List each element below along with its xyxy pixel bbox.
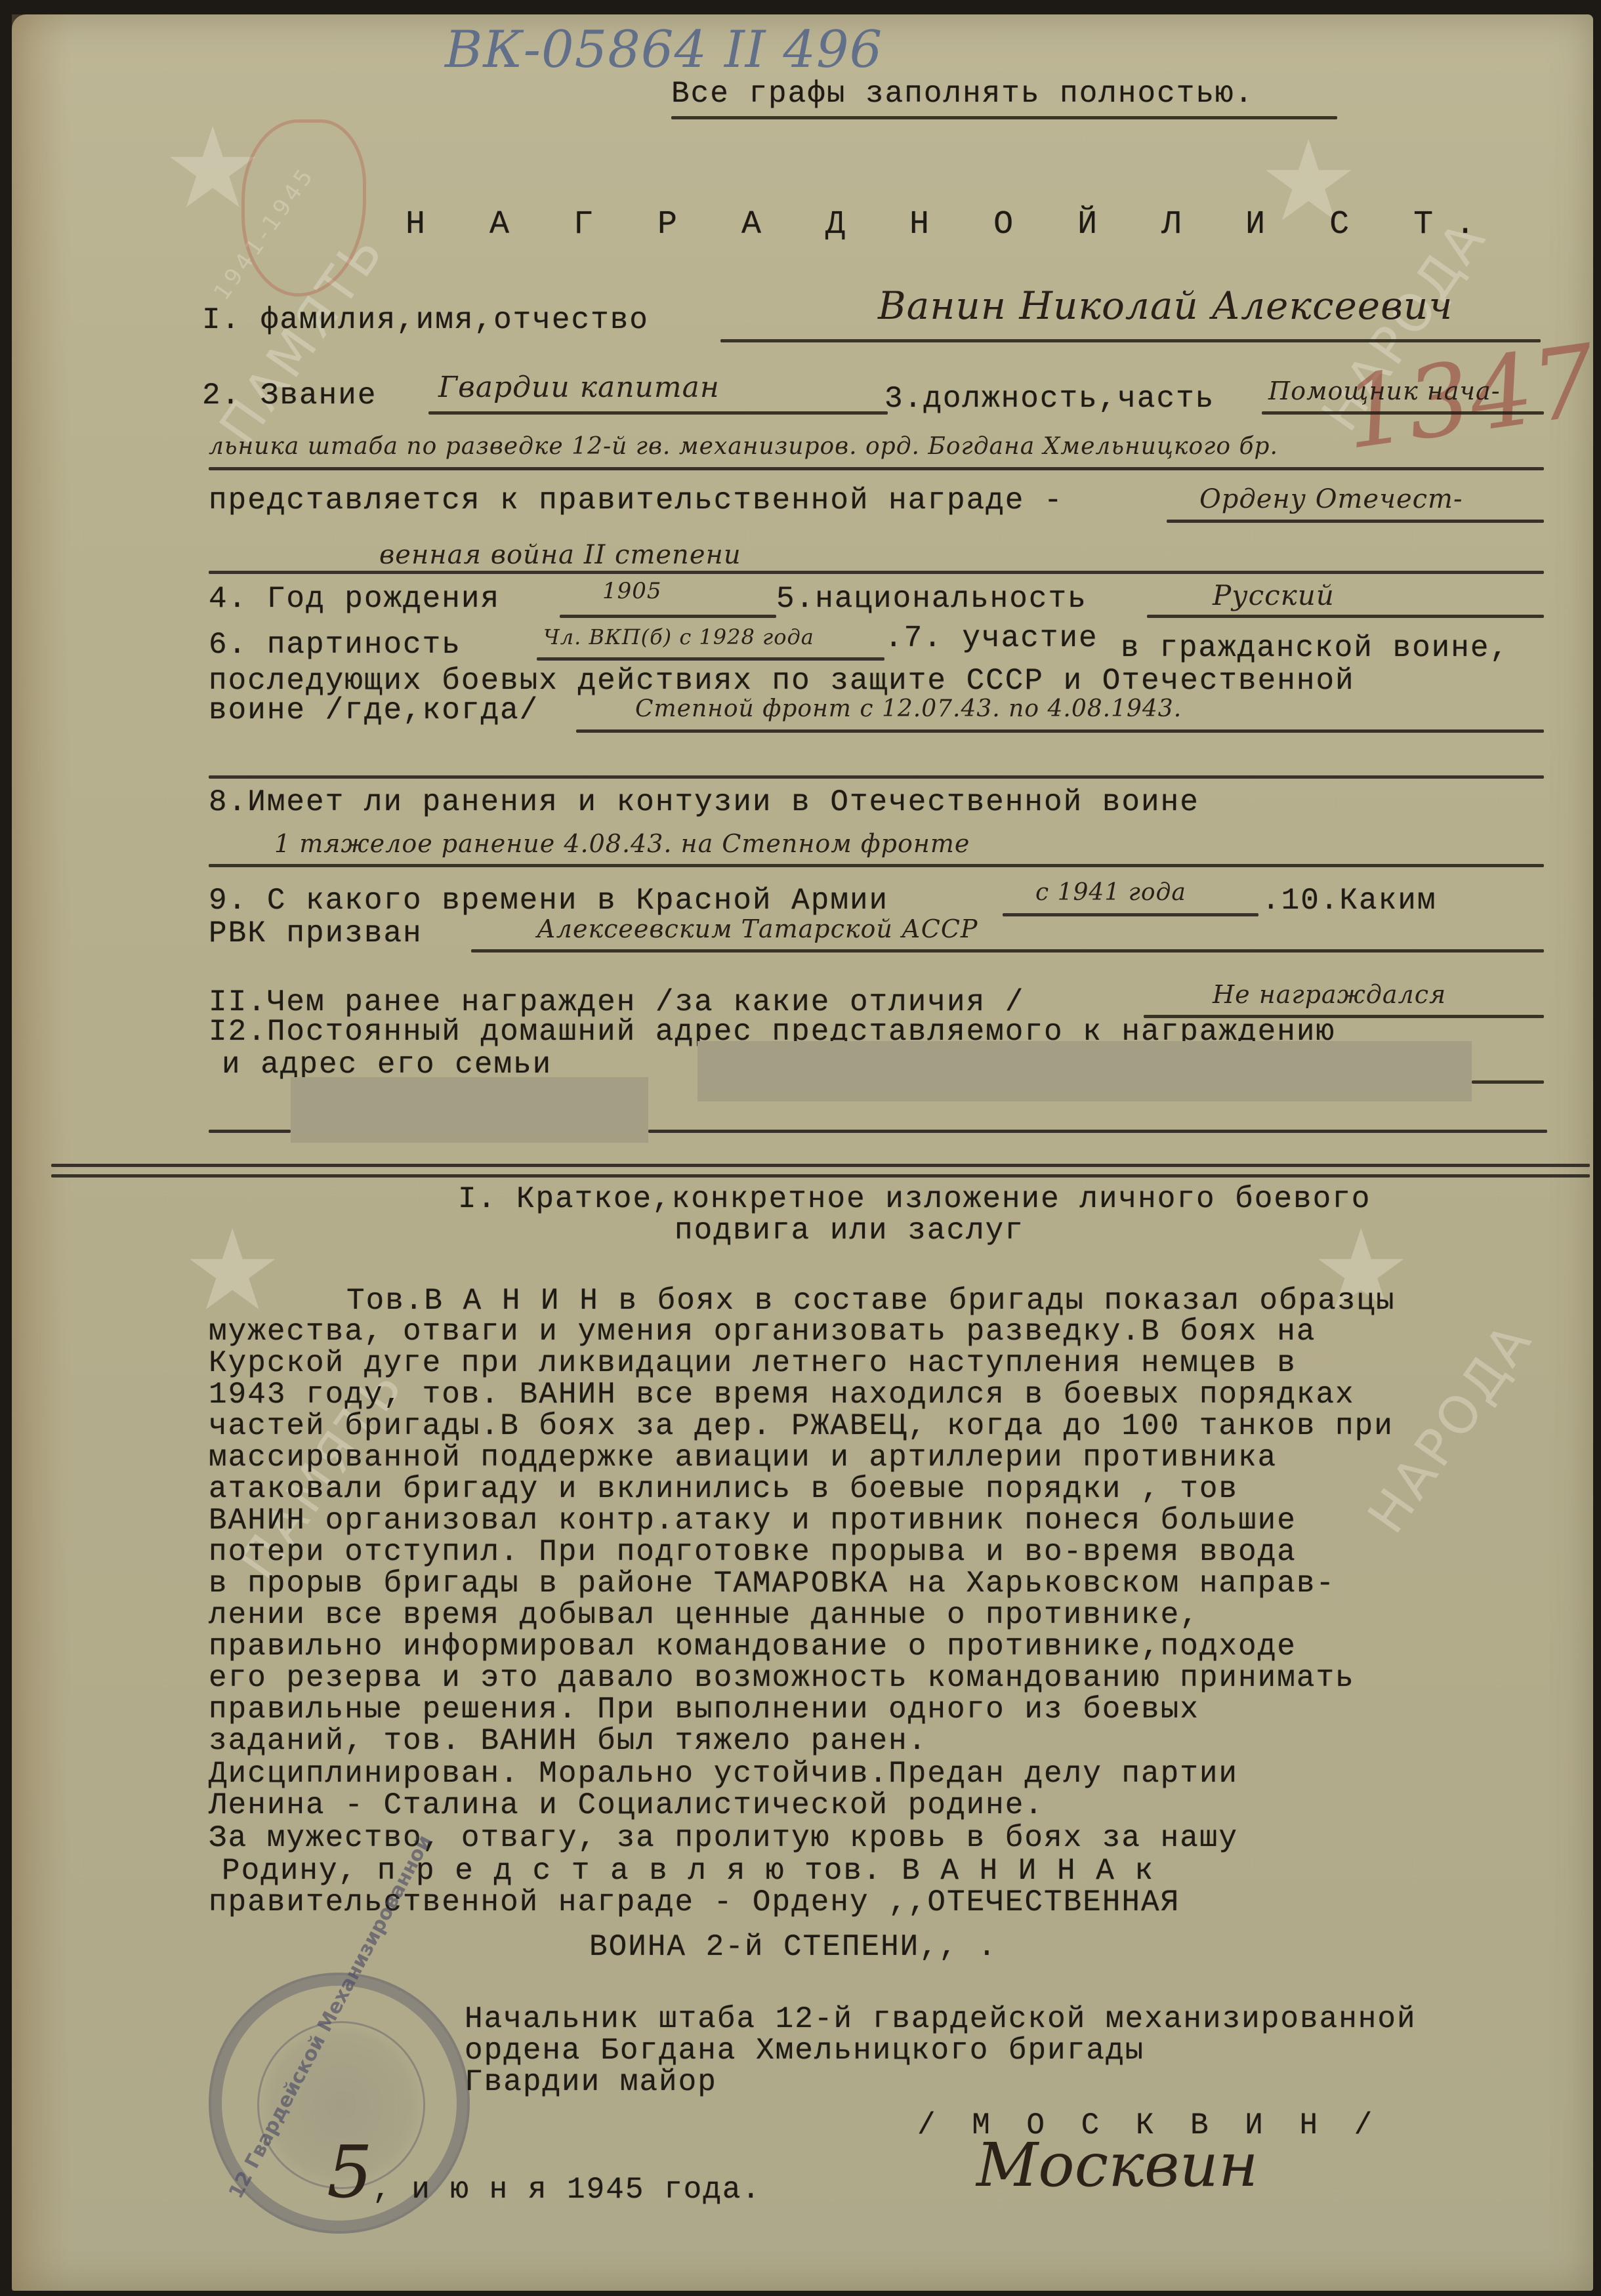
field-1-label: I. фамилия,имя,отчество bbox=[202, 303, 649, 337]
narrative-line: 1943 году, тов. ВАНИН все время находилс… bbox=[209, 1378, 1355, 1412]
narrative-heading: I. Краткое,конкретное изложение личного … bbox=[458, 1182, 1371, 1216]
narrative-line: правительственной награде - Ордену ,,ОТЕ… bbox=[209, 1885, 1180, 1919]
underline bbox=[209, 864, 1544, 867]
field-5-value: Русский bbox=[1213, 580, 1335, 611]
narrative-line: правильно информировал командование о пр… bbox=[209, 1630, 1297, 1664]
underline bbox=[671, 116, 1337, 119]
underline bbox=[720, 339, 1541, 342]
narrative-line: в прорыв бригады в районе ТАМАРОВКА на Х… bbox=[209, 1567, 1335, 1601]
document-title: Н А Г Р А Д Н О Й Л И С Т. bbox=[405, 208, 1497, 242]
narrative-heading-line2: подвига или заслуг bbox=[675, 1214, 1024, 1248]
underline bbox=[209, 571, 1544, 574]
field-7-label: .7. участие bbox=[884, 621, 1098, 655]
field-3-value-line2: льника штаба по разведке 12-й гв. механи… bbox=[209, 431, 1278, 462]
narrative-line: частей бригады.В боях за дер. РЖАВЕЦ, ко… bbox=[209, 1409, 1394, 1443]
award-value-line2: венная война II степени bbox=[379, 539, 741, 571]
narrative-line: ВОИНА 2-й СТЕПЕНИ,, . bbox=[589, 1930, 997, 1964]
underline bbox=[471, 949, 1544, 953]
date: , и ю н я 1945 года. bbox=[373, 2173, 761, 2207]
field-3-label: 3.должность,часть bbox=[884, 382, 1215, 416]
narrative-line: мужества, отваги и умения организовать р… bbox=[209, 1315, 1316, 1349]
section-divider bbox=[51, 1174, 1590, 1178]
signer-rank: Гвардии майор bbox=[465, 2065, 717, 2099]
field-3-value-line1: Помощник нача- bbox=[1268, 375, 1501, 407]
narrative-line: атаковали бригаду и вклинились в боевые … bbox=[209, 1472, 1238, 1506]
handwritten-signature: Москвин bbox=[976, 2130, 1258, 2200]
field-9-value: с 1941 года bbox=[1035, 877, 1186, 909]
underline bbox=[1147, 615, 1544, 618]
field-7-value: Степной фронт с 12.07.43. по 4.08.1943. bbox=[635, 693, 1182, 725]
underline bbox=[537, 657, 884, 661]
underline bbox=[428, 411, 888, 415]
field-10-label: .10.Каким bbox=[1262, 884, 1436, 918]
date-day: 5 bbox=[327, 2130, 373, 2214]
archive-number: ВК-05864 II 496 bbox=[445, 34, 883, 66]
award-sheet-page: ★ ПАМЯТЬ 1941-1945 ★ НАРОДА ★ ПАМЯТЬ ★ Н… bbox=[12, 14, 1593, 2291]
signer-title: Начальник штаба 12-й гвардейской механиз… bbox=[465, 2002, 1417, 2036]
narrative-line: правильные решения. При выполнении одног… bbox=[209, 1692, 1199, 1727]
section-divider bbox=[51, 1164, 1590, 1167]
redacted-address bbox=[291, 1077, 648, 1143]
narrative-line: Курской дуге при ликвидации летнего наст… bbox=[209, 1346, 1297, 1380]
field-4-label: 4. Год рождения bbox=[209, 582, 500, 616]
award-label: представляется к правительственной награ… bbox=[209, 483, 1064, 518]
field-2-value: Гвардии капитан bbox=[438, 372, 720, 403]
narrative-line: Тов.В А Н И Н в боях в составе бригады п… bbox=[346, 1284, 1396, 1318]
narrative-line: массированной поддержке авиации и артилл… bbox=[209, 1441, 1277, 1475]
signer-title-line2: ордена Богдана Хмельницкого бригады bbox=[465, 2034, 1144, 2068]
fill-instruction: Все графы заполнять полностью. bbox=[671, 77, 1254, 111]
underline bbox=[209, 1130, 291, 1133]
narrative-line: его резерва и это давало возможность ком… bbox=[209, 1661, 1355, 1695]
narrative-line: лении все время добывал ценные данные о … bbox=[209, 1598, 1199, 1632]
field-6-label: 6. партиность bbox=[209, 628, 461, 662]
underline bbox=[1472, 1080, 1544, 1084]
field-10-value: Алексеевским Татарской АССР bbox=[537, 913, 978, 945]
underline bbox=[1167, 520, 1544, 523]
underline bbox=[209, 467, 1544, 470]
field-6-value: Чл. ВКП(б) с 1928 года bbox=[543, 621, 814, 653]
underline bbox=[209, 775, 1544, 779]
underline bbox=[560, 615, 776, 618]
narrative-line: За мужество, отвагу, за пролитую кровь в… bbox=[209, 1821, 1238, 1855]
field-5-label: 5.национальность bbox=[776, 582, 1087, 616]
narrative-line: ВАНИН организовал контр.атаку и противни… bbox=[209, 1504, 1297, 1538]
narrative-line: Родину, п р е д с т а в л я ю тов. В А Н… bbox=[222, 1854, 1154, 1888]
field-8-value: 1 тяжелое ранение 4.08.43. на Степном фр… bbox=[274, 828, 970, 859]
underline bbox=[576, 729, 1544, 733]
redacted-address bbox=[697, 1041, 1472, 1101]
narrative-line: Ленина - Сталина и Социалистической роди… bbox=[209, 1788, 1044, 1822]
underline bbox=[1003, 913, 1258, 916]
underline bbox=[1262, 411, 1544, 415]
narrative-line: Дисциплинирован. Морально устойчив.Преда… bbox=[209, 1757, 1238, 1791]
field-11-value: Не награждался bbox=[1213, 979, 1446, 1010]
award-value-line1: Ордену Отечест- bbox=[1199, 483, 1463, 515]
field-7-label-cont: в гражданской воине, bbox=[1121, 631, 1509, 665]
narrative-line: заданий, тов. ВАНИН был тяжело ранен. bbox=[209, 1724, 927, 1758]
field-10-label-line2: РВК призван bbox=[209, 916, 423, 951]
watermark-star-icon: ★ bbox=[182, 1215, 282, 1326]
field-8-label: 8.Имеет ли ранения и контузии в Отечеств… bbox=[209, 785, 1199, 819]
field-4-value: 1905 bbox=[602, 575, 662, 607]
field-7-label-line3: воине /где,когда/ bbox=[209, 693, 539, 728]
narrative-line: потери отступил. При подготовке прорыва … bbox=[209, 1535, 1297, 1569]
field-1-value: Ванин Николай Алексеевич bbox=[878, 290, 1453, 321]
field-2-label: 2. Звание bbox=[202, 379, 377, 413]
underline bbox=[648, 1130, 1547, 1133]
